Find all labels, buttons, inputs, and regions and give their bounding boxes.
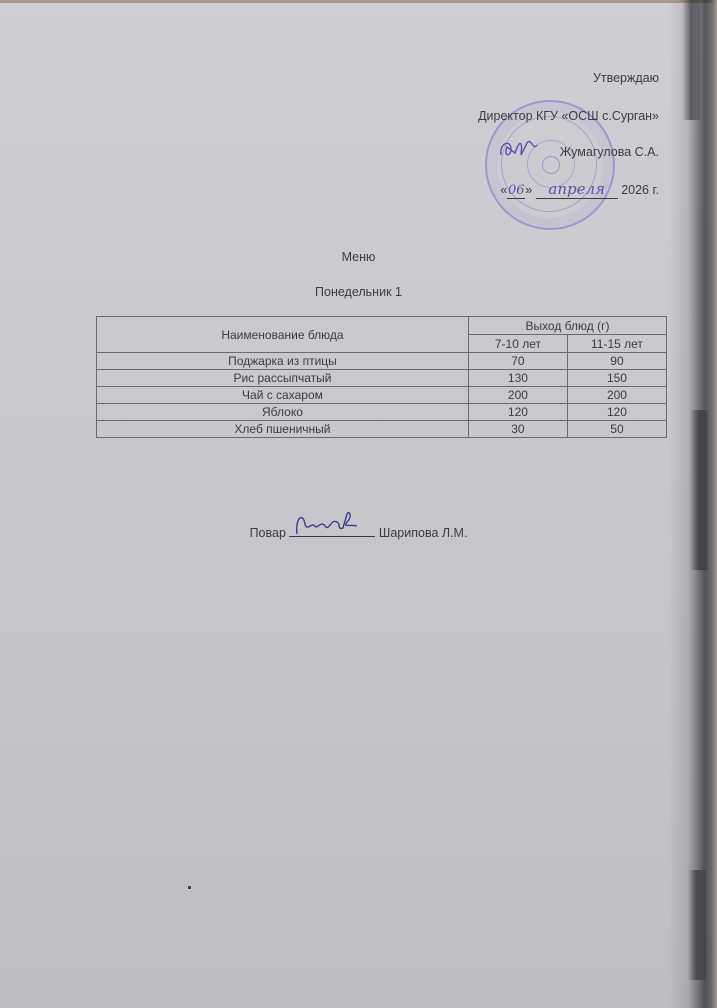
dish-name-cell: Яблоко xyxy=(97,404,469,421)
dish-name-cell: Чай с сахаром xyxy=(97,387,469,404)
output-11-15-cell: 120 xyxy=(567,404,666,421)
output-7-10-cell: 70 xyxy=(468,353,567,370)
director-position: Директор КГУ «ОСШ с.Сурган» xyxy=(478,109,659,123)
output-7-10-cell: 200 xyxy=(468,387,567,404)
output-7-10-cell: 130 xyxy=(468,370,567,387)
cook-signature xyxy=(291,510,371,538)
approve-label: Утверждаю xyxy=(593,71,659,85)
output-11-15-cell: 200 xyxy=(567,387,666,404)
cook-signature-line: Повар Шарипова Л.М. xyxy=(0,524,717,540)
table-row: Поджарка из птицы7090 xyxy=(97,353,667,370)
output-11-15-cell: 90 xyxy=(567,353,666,370)
scan-top-edge xyxy=(0,0,717,3)
cook-name: Шарипова Л.М. xyxy=(379,526,468,540)
header-age-11-15: 11-15 лет xyxy=(567,335,666,353)
header-age-7-10: 7-10 лет xyxy=(468,335,567,353)
date-close-quote: » xyxy=(525,183,532,197)
approval-date: «06» апреля 2026 г. xyxy=(500,180,659,199)
table-row: Хлеб пшеничный3050 xyxy=(97,421,667,438)
cook-label: Повар xyxy=(250,526,286,540)
output-7-10-cell: 30 xyxy=(468,421,567,438)
table-header-row: Наименование блюда Выход блюд (г) xyxy=(97,317,667,335)
day-title: Понедельник 1 xyxy=(0,285,717,299)
table-row: Рис рассыпчатый130150 xyxy=(97,370,667,387)
output-11-15-cell: 50 xyxy=(567,421,666,438)
dish-name-cell: Поджарка из птицы xyxy=(97,353,469,370)
date-month: апреля xyxy=(536,180,618,199)
document-title: Меню xyxy=(0,250,717,264)
scan-smudge xyxy=(682,0,700,120)
date-day: 06 xyxy=(507,183,525,199)
output-7-10-cell: 120 xyxy=(468,404,567,421)
scan-smudge xyxy=(690,410,708,570)
date-year: 2026 г. xyxy=(621,183,659,197)
dish-name-cell: Хлеб пшеничный xyxy=(97,421,469,438)
dish-name-cell: Рис рассыпчатый xyxy=(97,370,469,387)
menu-table: Наименование блюда Выход блюд (г) 7-10 л… xyxy=(96,316,667,438)
output-11-15-cell: 150 xyxy=(567,370,666,387)
director-name: Жумагулова С.А. xyxy=(560,145,659,159)
scan-speck xyxy=(188,886,191,889)
signature-line xyxy=(289,524,375,537)
header-output: Выход блюд (г) xyxy=(468,317,666,335)
header-dish-name: Наименование блюда xyxy=(97,317,469,353)
table-row: Чай с сахаром200200 xyxy=(97,387,667,404)
table-row: Яблоко120120 xyxy=(97,404,667,421)
date-open-quote: « xyxy=(500,183,507,197)
scan-smudge xyxy=(688,870,706,980)
